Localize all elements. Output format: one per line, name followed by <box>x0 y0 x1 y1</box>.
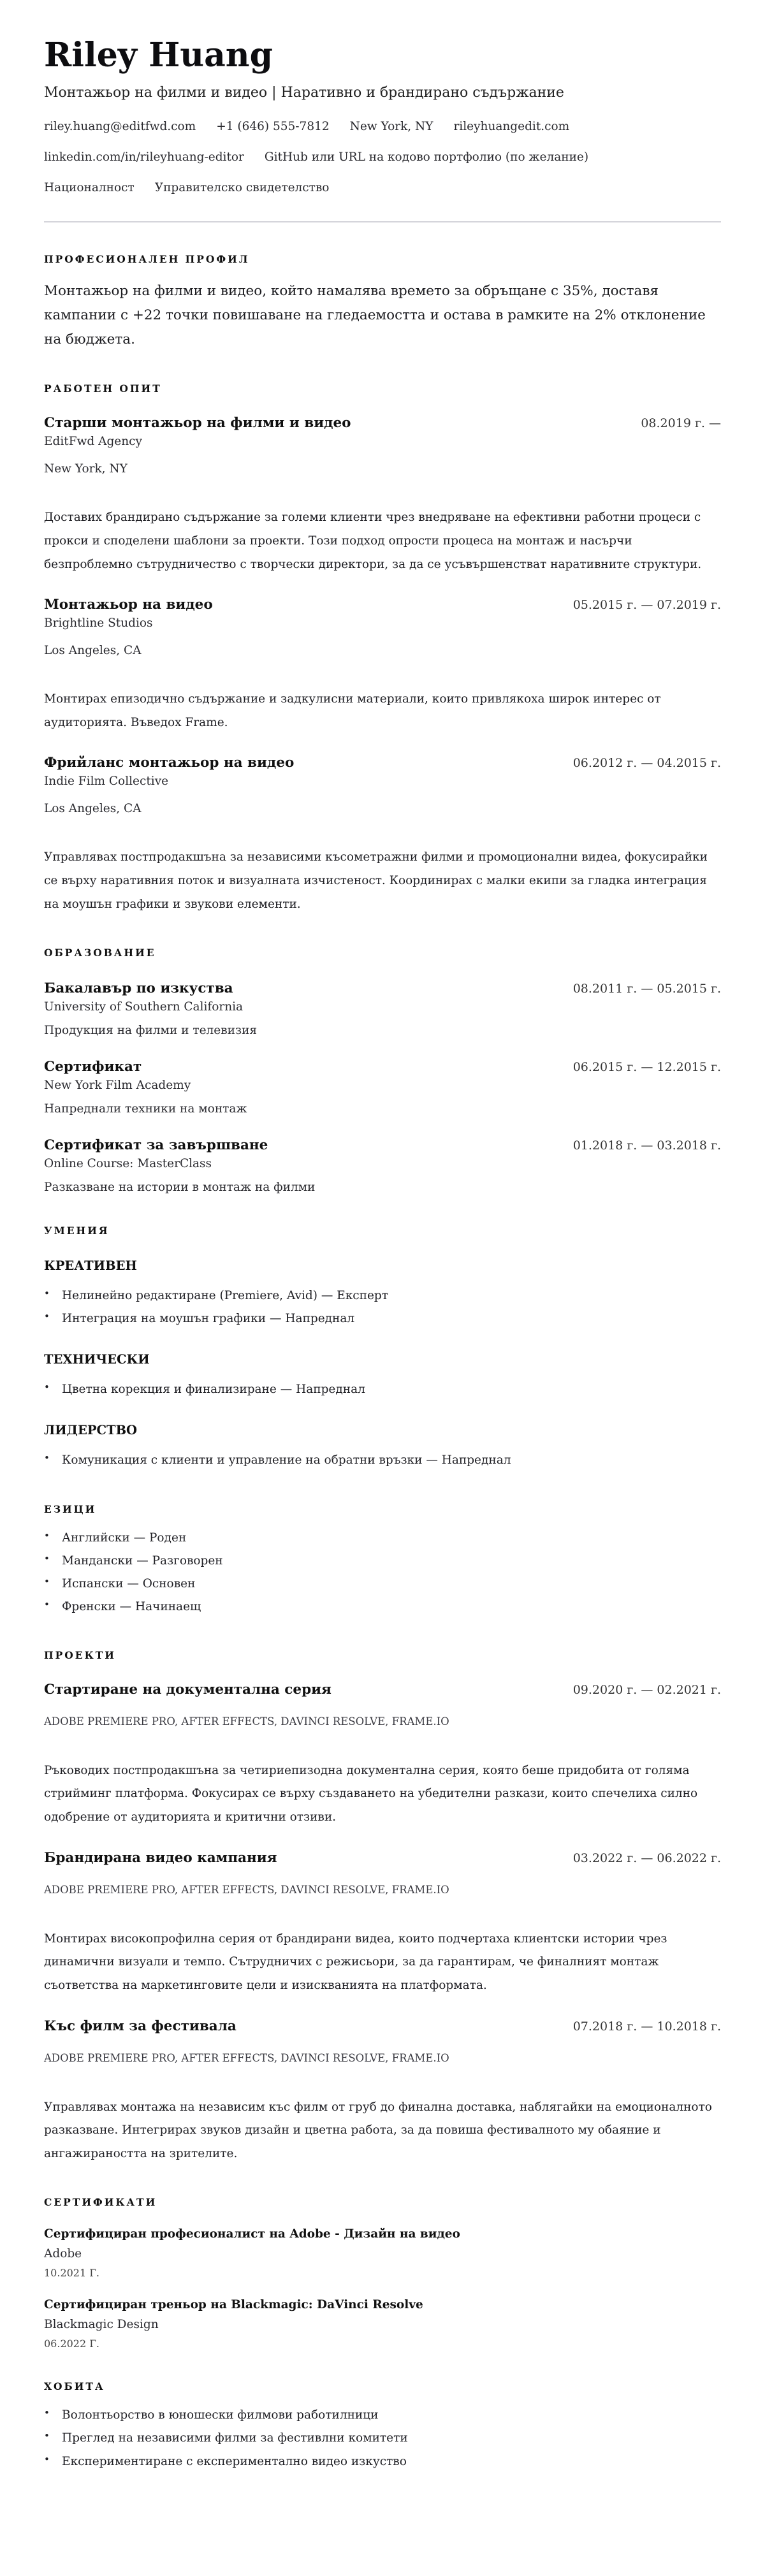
language-item: Английски — Роден <box>44 1527 721 1550</box>
experience-entry: Монтажьор на видео 05.2015 г. — 07.2019 … <box>44 597 721 734</box>
language-item: Френски — Начинаещ <box>44 1596 721 1619</box>
experience-entry: Старши монтажьор на филми и видео 08.201… <box>44 415 721 576</box>
hobbies-section: ХОБИТА Волонтьорство в юношески филмови … <box>44 2380 721 2473</box>
skills-section: УМЕНИЯ КРЕАТИВЕН Нелинейно редактиране (… <box>44 1225 721 1472</box>
contact-row: Националност Управителско свидетелство <box>44 180 721 196</box>
section-title: ХОБИТА <box>44 2380 721 2392</box>
company-name: Indie Film Collective <box>44 775 721 788</box>
nationality: Националност <box>44 180 135 196</box>
website-link[interactable]: rileyhuangedit.com <box>453 119 569 135</box>
project-title: Стартиране на документална серия <box>44 1682 331 1698</box>
institution-name: Online Course: MasterClass <box>44 1157 721 1170</box>
profile-section: ПРОФЕСИОНАЛЕН ПРОФИЛ Монтажьор на филми … <box>44 253 721 352</box>
project-dates: 09.2020 г. — 02.2021 г. <box>573 1683 721 1697</box>
section-title: РАБОТЕН ОПИТ <box>44 382 721 395</box>
project-entry: Стартиране на документална серия 09.2020… <box>44 1682 721 1830</box>
project-dates: 07.2018 г. — 10.2018 г. <box>573 2019 721 2034</box>
section-title: ОБРАЗОВАНИЕ <box>44 947 721 959</box>
resume-page: Riley Huang Монтажьор на филми и видео |… <box>0 0 765 2512</box>
project-title: Брандирана видео кампания <box>44 1850 277 1866</box>
job-description: Доставих брандирано съдържание за големи… <box>44 506 721 576</box>
project-entry: Къс филм за фестивала 07.2018 г. — 10.20… <box>44 2018 721 2166</box>
certificate-issuer: Blackmagic Design <box>44 2318 721 2331</box>
job-dates: 08.2019 г. — <box>641 416 721 430</box>
languages-section: ЕЗИЦИ Английски — Роден Мандански — Разг… <box>44 1503 721 1619</box>
section-title: ПРОЕКТИ <box>44 1649 721 1661</box>
job-location: Los Angeles, CA <box>44 644 721 657</box>
project-tools: ADOBE PREMIERE PRO, AFTER EFFECTS, DAVIN… <box>44 2052 721 2064</box>
project-title: Къс филм за фестивала <box>44 2018 237 2034</box>
location: New York, NY <box>350 119 433 135</box>
project-description: Ръководих постпродакшъна за четириепизод… <box>44 1759 721 1830</box>
institution-name: New York Film Academy <box>44 1079 721 1092</box>
hobby-item: Волонтьорство в юношески филмови работил… <box>44 2404 721 2427</box>
job-title: Фрийланс монтажьор на видео <box>44 755 294 771</box>
contact-info: riley.huang@editfwd.com +1 (646) 555-781… <box>44 119 721 196</box>
job-description: Управлявах постпродакшъна за независими … <box>44 846 721 916</box>
institution-name: University of Southern California <box>44 1000 721 1014</box>
education-section: ОБРАЗОВАНИЕ Бакалавър по изкуства 08.201… <box>44 947 721 1194</box>
job-location: Los Angeles, CA <box>44 802 721 815</box>
candidate-name: Riley Huang <box>44 36 721 75</box>
certificate-issuer: Adobe <box>44 2247 721 2260</box>
skill-group-title: КРЕАТИВЕН <box>44 1258 721 1273</box>
projects-section: ПРОЕКТИ Стартиране на документална серия… <box>44 1649 721 2166</box>
skill-item: Интеграция на моушън графики — Напреднал <box>44 1307 721 1330</box>
skill-item: Комуникация с клиенти и управление на об… <box>44 1449 721 1472</box>
contact-row: riley.huang@editfwd.com +1 (646) 555-781… <box>44 119 721 135</box>
skill-item: Нелинейно редактиране (Premiere, Avid) —… <box>44 1284 721 1307</box>
email-link[interactable]: riley.huang@editfwd.com <box>44 119 196 135</box>
degree-title: Сертификат за завършване <box>44 1137 268 1153</box>
project-dates: 03.2022 г. — 06.2022 г. <box>573 1851 721 1865</box>
degree-title: Бакалавър по изкуства <box>44 980 233 996</box>
skill-item: Цветна корекция и финализиране — Напредн… <box>44 1378 721 1401</box>
experience-section: РАБОТЕН ОПИТ Старши монтажьор на филми и… <box>44 382 721 916</box>
skill-group: ТЕХНИЧЕСКИ Цветна корекция и финализиран… <box>44 1352 721 1401</box>
skill-group: ЛИДЕРСТВО Комуникация с клиенти и управл… <box>44 1423 721 1472</box>
certificate-entry: Сертифициран професионалист на Adobe - Д… <box>44 2227 721 2279</box>
education-entry: Сертификат 06.2015 г. — 12.2015 г. New Y… <box>44 1059 721 1116</box>
phone-number[interactable]: +1 (646) 555-7812 <box>216 119 329 135</box>
section-title: ЕЗИЦИ <box>44 1503 721 1515</box>
portfolio-link[interactable]: GitHub или URL на кодово портфолио (по ж… <box>265 150 588 165</box>
certificate-title: Сертифициран треньор на Blackmagic: DaVi… <box>44 2298 721 2311</box>
field-of-study: Напреднали техники на монтаж <box>44 1102 721 1116</box>
job-title: Монтажьор на видео <box>44 597 213 613</box>
job-location: New York, NY <box>44 462 721 476</box>
education-dates: 08.2011 г. — 05.2015 г. <box>573 982 721 996</box>
job-dates: 05.2015 г. — 07.2019 г. <box>573 598 721 612</box>
language-item: Испански — Основен <box>44 1573 721 1596</box>
hobby-item: Експериментиране с експериментално видео… <box>44 2450 721 2473</box>
certificate-date: 10.2021 Г. <box>44 2267 721 2279</box>
header-divider <box>44 221 721 222</box>
field-of-study: Разказване на истории в монтаж на филми <box>44 1181 721 1194</box>
certificate-date: 06.2022 Г. <box>44 2338 721 2350</box>
section-title: ПРОФЕСИОНАЛЕН ПРОФИЛ <box>44 253 721 265</box>
education-dates: 01.2018 г. — 03.2018 г. <box>573 1139 721 1153</box>
project-description: Монтирах високопрофилна серия от брандир… <box>44 1928 721 1998</box>
company-name: Brightline Studios <box>44 616 721 630</box>
contact-row: linkedin.com/in/rileyhuang-editor GitHub… <box>44 150 721 165</box>
company-name: EditFwd Agency <box>44 435 721 448</box>
certificate-title: Сертифициран професионалист на Adobe - Д… <box>44 2227 721 2241</box>
degree-title: Сертификат <box>44 1059 142 1075</box>
resume-header: Riley Huang Монтажьор на филми и видео |… <box>44 36 721 222</box>
skill-group-title: ТЕХНИЧЕСКИ <box>44 1352 721 1367</box>
linkedin-link[interactable]: linkedin.com/in/rileyhuang-editor <box>44 150 244 165</box>
certificate-entry: Сертифициран треньор на Blackmagic: DaVi… <box>44 2298 721 2350</box>
project-tools: ADOBE PREMIERE PRO, AFTER EFFECTS, DAVIN… <box>44 1715 721 1728</box>
section-title: СЕРТИФИКАТИ <box>44 2196 721 2208</box>
job-dates: 06.2012 г. — 04.2015 г. <box>573 756 721 770</box>
skill-group: КРЕАТИВЕН Нелинейно редактиране (Premier… <box>44 1258 721 1330</box>
experience-entry: Фрийланс монтажьор на видео 06.2012 г. —… <box>44 755 721 916</box>
education-entry: Сертификат за завършване 01.2018 г. — 03… <box>44 1137 721 1194</box>
driving-license: Управителско свидетелство <box>155 180 330 196</box>
section-title: УМЕНИЯ <box>44 1225 721 1237</box>
field-of-study: Продукция на филми и телевизия <box>44 1024 721 1037</box>
hobby-item: Преглед на независими филми за фестивлни… <box>44 2427 721 2450</box>
job-description: Монтирах епизодично съдържание и задкули… <box>44 688 721 734</box>
job-title: Старши монтажьор на филми и видео <box>44 415 351 431</box>
project-tools: ADOBE PREMIERE PRO, AFTER EFFECTS, DAVIN… <box>44 1884 721 1896</box>
profile-summary: Монтажьор на филми и видео, който намаля… <box>44 279 721 352</box>
education-dates: 06.2015 г. — 12.2015 г. <box>573 1060 721 1074</box>
candidate-headline: Монтажьор на филми и видео | Наративно и… <box>44 84 721 103</box>
skill-group-title: ЛИДЕРСТВО <box>44 1423 721 1437</box>
language-item: Мандански — Разговорен <box>44 1550 721 1573</box>
project-entry: Брандирана видео кампания 03.2022 г. — 0… <box>44 1850 721 1998</box>
project-description: Управлявах монтажа на независим къс филм… <box>44 2096 721 2166</box>
education-entry: Бакалавър по изкуства 08.2011 г. — 05.20… <box>44 980 721 1037</box>
certificates-section: СЕРТИФИКАТИ Сертифициран професионалист … <box>44 2196 721 2350</box>
